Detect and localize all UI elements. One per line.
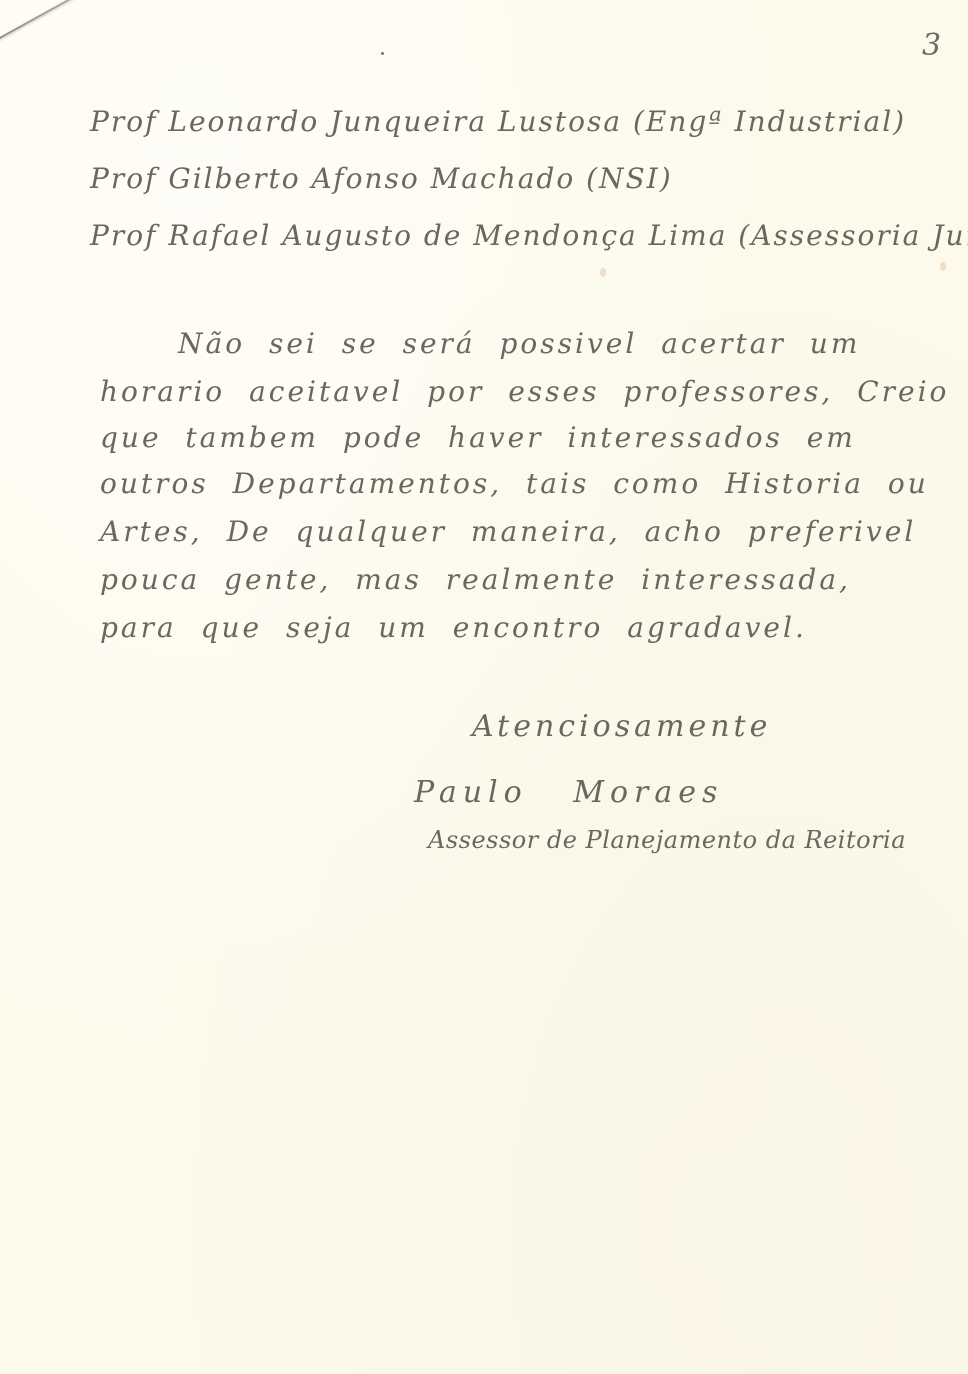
signature: Paulo Moraes <box>414 778 723 808</box>
closing-salutation: Atenciosamente <box>472 712 771 742</box>
page-number: 3 <box>922 28 941 63</box>
body-line: outros Departamentos, tais como Historia… <box>100 470 929 498</box>
paper-page <box>0 0 968 1374</box>
ink-dot <box>381 52 384 55</box>
signer-title: Assessor de Planejamento da Reitoria <box>428 828 906 852</box>
recipient-line: Prof Leonardo Junqueira Lustosa (Engª In… <box>90 108 906 136</box>
body-line: que tambem pode haver interessados em <box>100 424 856 452</box>
paper-stain <box>600 268 606 277</box>
body-line: Não sei se será possivel acertar um <box>178 330 860 358</box>
body-line: para que seja um encontro agradavel. <box>100 614 807 642</box>
recipient-line: Prof Gilberto Afonso Machado (NSI) <box>90 165 673 193</box>
body-line: Artes, De qualquer maneira, acho preferi… <box>100 518 916 546</box>
paper-stain <box>940 262 946 271</box>
recipient-line: Prof Rafael Augusto de Mendonça Lima (As… <box>90 222 968 250</box>
body-line: horario aceitavel por esses professores,… <box>100 378 949 406</box>
body-line: pouca gente, mas realmente interessada, <box>100 566 851 594</box>
